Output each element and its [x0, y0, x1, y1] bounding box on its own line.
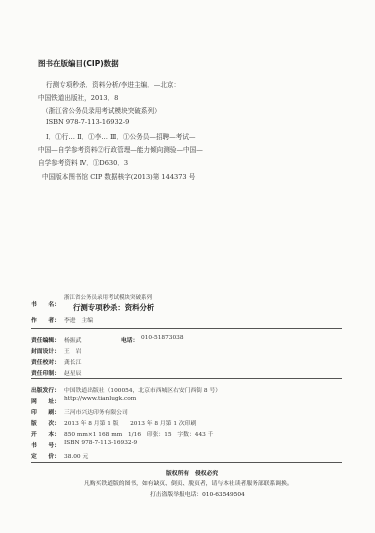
printer: 三河市兴达印务有限公司	[64, 407, 128, 416]
divider	[31, 462, 342, 463]
isbn: ISBN 978-7-113-16932-9	[64, 440, 137, 446]
website: http://www.tianlugk.com	[64, 396, 136, 402]
cover-label: 封面设计：	[31, 346, 60, 355]
cip-classification: 自学参考资料 Ⅳ．①D630．3	[38, 157, 128, 167]
cip-line: （浙江省公务员录用考试模块突破系列）	[42, 105, 161, 115]
title-label: 书 名：	[31, 299, 60, 308]
divider	[31, 328, 342, 329]
publisher-label: 出版发行：	[31, 385, 60, 394]
divider	[31, 378, 342, 379]
editor: 杨振武	[64, 335, 81, 344]
editor-label: 责任编辑：	[31, 335, 60, 344]
print-label: 责任印制：	[31, 368, 60, 377]
cip-line: 中国铁道出版社，2013．8	[38, 92, 118, 102]
copyright-notice: 版权所有 侵权必究	[166, 468, 218, 477]
price: 38.00 元	[64, 451, 88, 460]
proofreader: 龚长江	[64, 357, 81, 366]
author: 李进 主编	[64, 315, 93, 324]
print-supervisor: 赵星辰	[64, 368, 81, 377]
isbn-label: 书 号：	[31, 440, 60, 449]
edition-label: 版 次：	[31, 418, 60, 427]
phone: 010-51873038	[141, 335, 184, 341]
cip-title: 图书在版编目(CIP)数据	[38, 58, 119, 69]
publisher: 中国铁道出版社（100054，北京市西城区右安门西街 8 号）	[64, 385, 221, 394]
format-label: 开 本：	[31, 429, 60, 438]
book-title: 行测专项秒杀：资料分析	[73, 302, 154, 313]
edition: 2013 年 8 月第 1 版 2013 年 8 月第 1 次印刷	[64, 418, 196, 427]
proof-label: 责任校对：	[31, 357, 60, 366]
defect-notice: 凡购买铁道版的图书，如有缺页、倒页、脱页者，请与本社读者服务部联系调换。	[84, 478, 293, 487]
piracy-report-phone: 打击盗版举报电话：010-63549504	[150, 489, 245, 498]
website-label: 网 址：	[31, 396, 60, 405]
cip-isbn: ISBN 978-7-113-16932-9	[46, 118, 129, 126]
series-name: 浙江省公务员录用考试模块突破系列	[64, 293, 152, 301]
cip-classification: 中国—自学参考资料②行政管理—能力倾向测验—中国—	[38, 144, 203, 154]
author-label: 作 者：	[31, 315, 60, 324]
format: 850 mm×1 168 mm 1/16 印张：15 字数：443 千	[64, 429, 213, 438]
cover-designer: 王 岩	[64, 346, 81, 355]
cip-line: 行测专项秒杀．资料分析/李进主编．—北京：	[46, 79, 180, 89]
printer-label: 印 刷：	[31, 407, 60, 416]
phone-label: 电话：	[121, 335, 138, 344]
cip-classification: Ⅰ．①行… Ⅱ．①李… Ⅲ．①公务员—招聘—考试—	[46, 131, 196, 141]
cip-number: 中国版本图书馆 CIP 数据核字(2013)第 144373 号	[42, 171, 195, 181]
price-label: 定 价：	[31, 451, 60, 460]
